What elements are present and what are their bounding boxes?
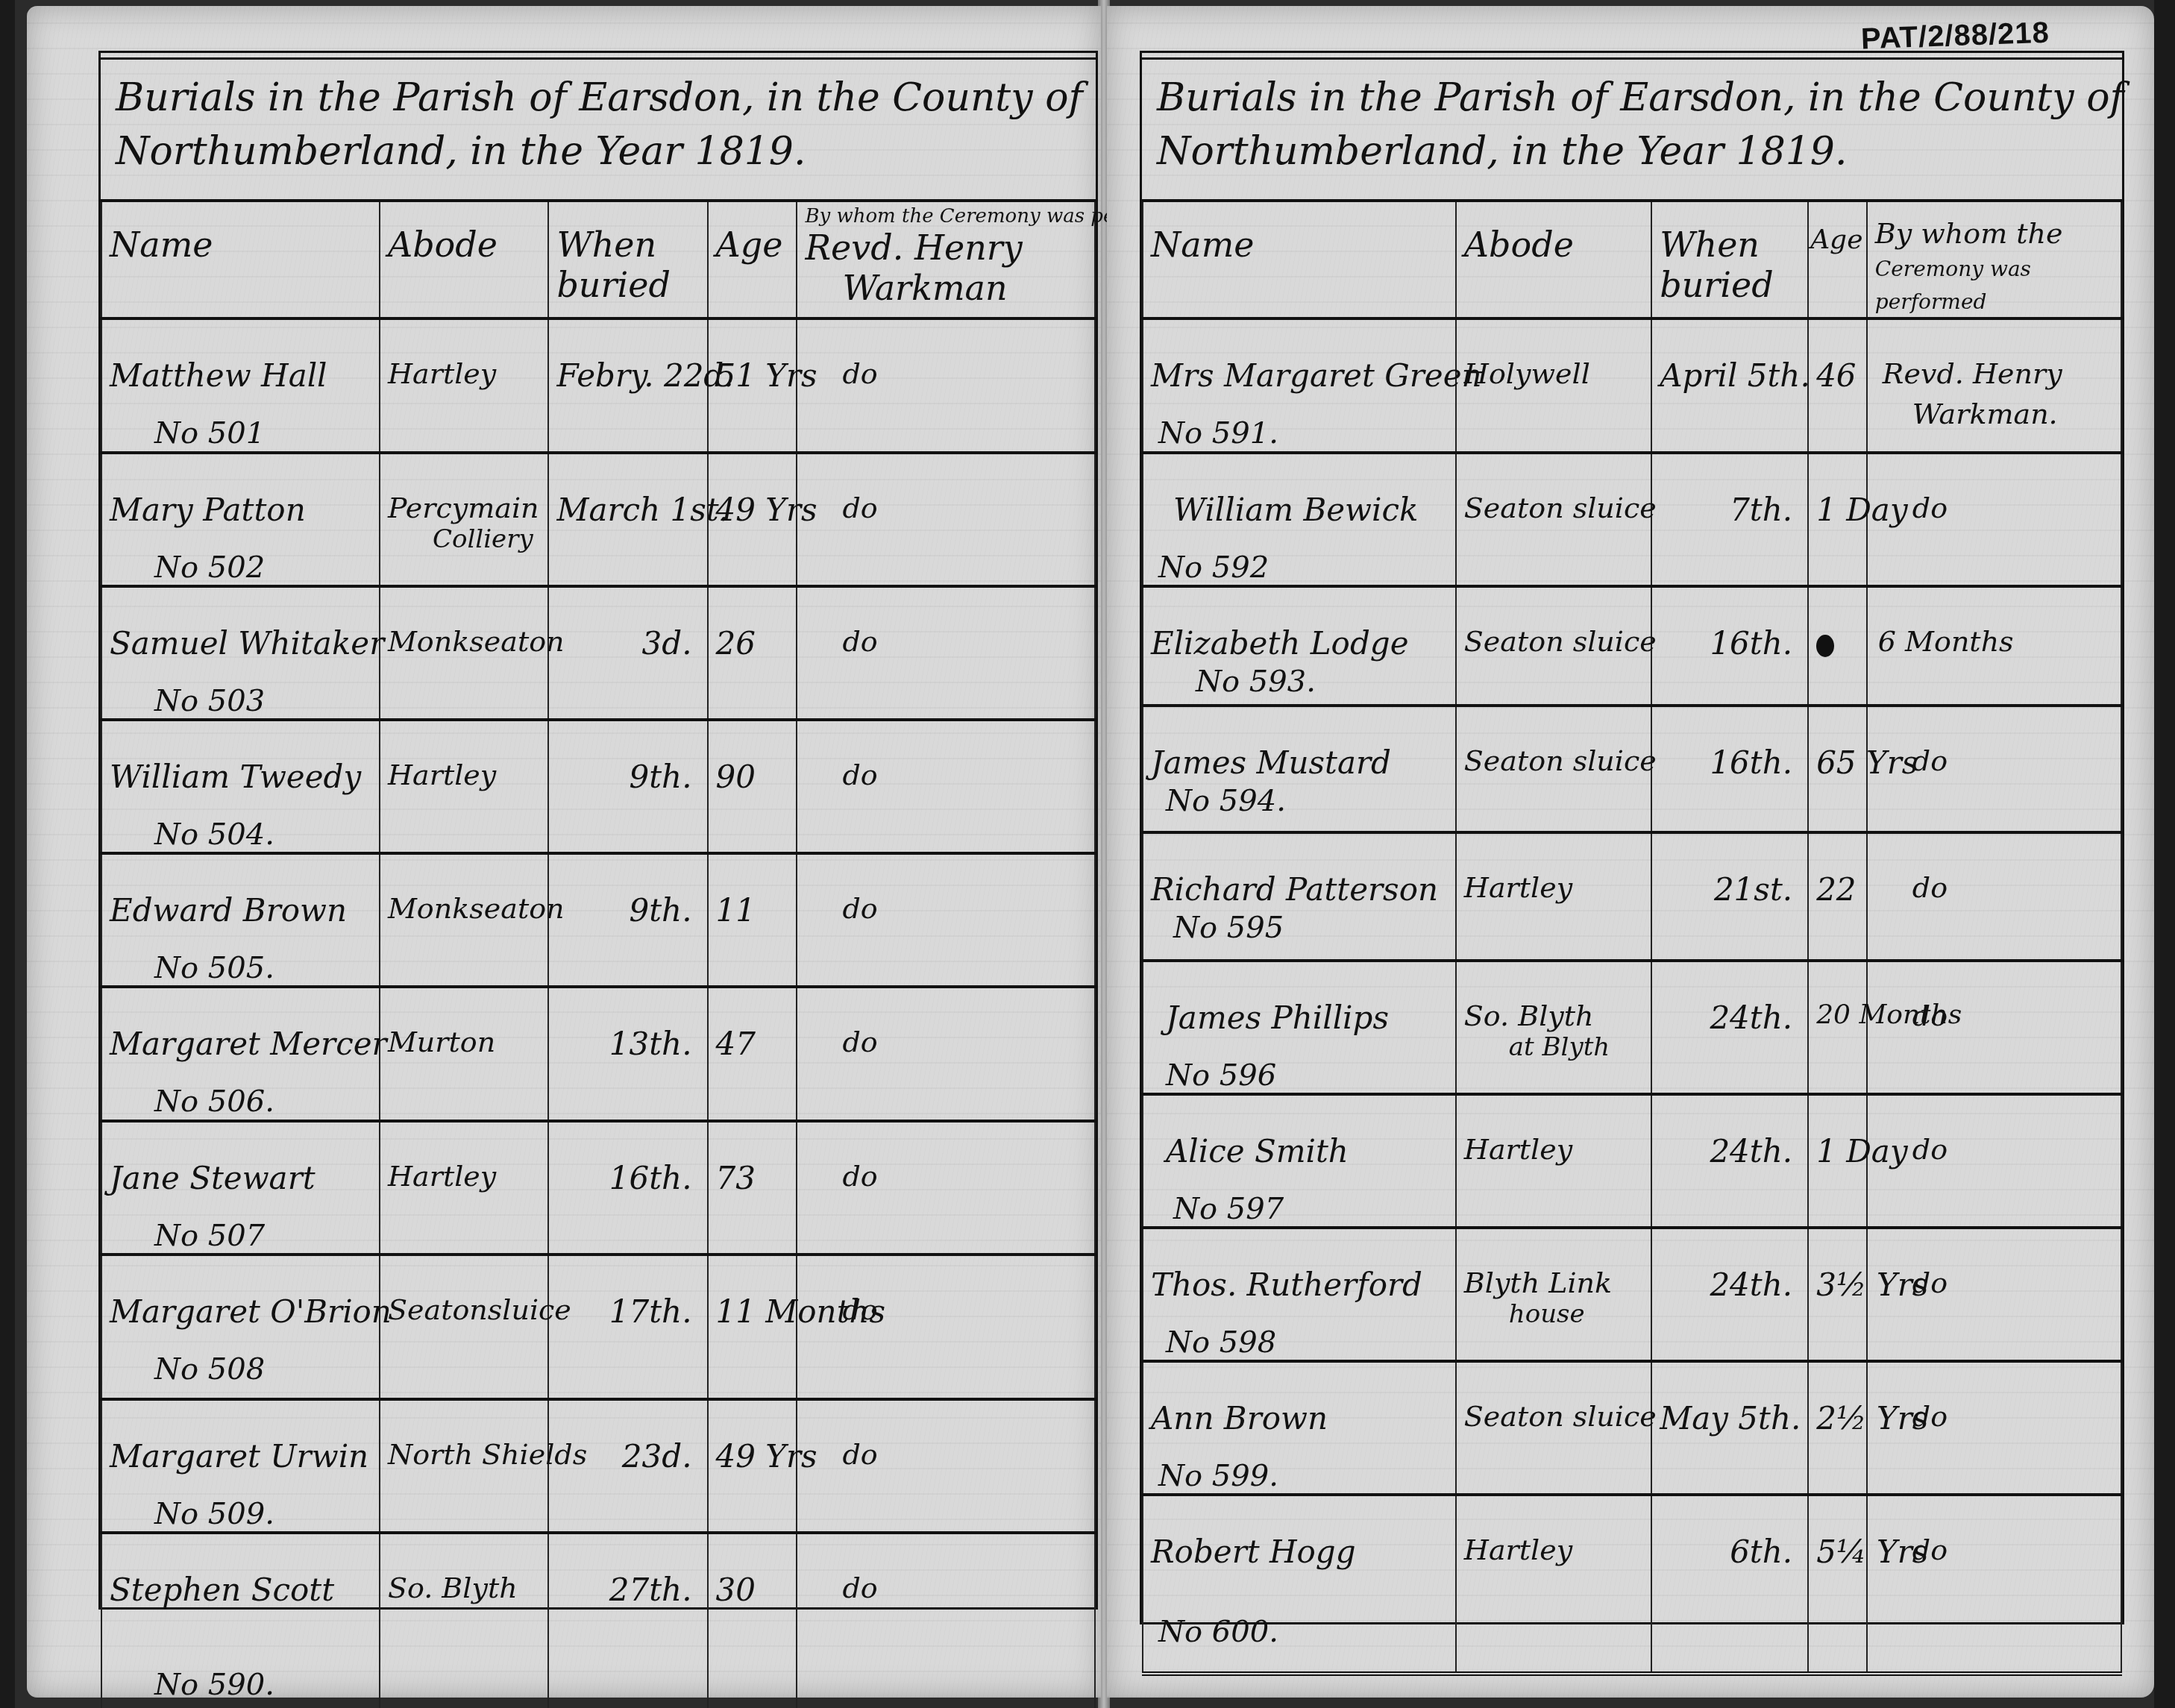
title-line-1: Burials in the Parish of Earsdon, in the… [116, 71, 1081, 125]
entry-age: 30 [716, 1534, 789, 1608]
entry-age: 20 Months [1816, 962, 1859, 1030]
entry-abode: So. Blyth [388, 1534, 540, 1604]
burial-register-book: Burials in the Parish of Earsdon, in the… [15, 0, 2154, 1708]
table-row: Thos. RutherfordNo 598 Blyth Linkhouse 2… [1143, 1228, 2121, 1361]
entry-age [1816, 588, 1859, 662]
entry-number: No 594. [1151, 781, 1448, 818]
entry-date: 7th. [1660, 454, 1800, 528]
col-header-when-buried: Whenburied [1651, 201, 1808, 318]
entry-date: 21st. [1660, 834, 1800, 908]
entry-abode: Blyth Link [1464, 1229, 1643, 1299]
title-line-1: Burials in the Parish of Earsdon, in the… [1157, 71, 2107, 125]
entry-name: William Bewick [1151, 454, 1448, 528]
right-register-frame: Burials in the Parish of Earsdon, in the… [1140, 51, 2124, 1624]
entry-abode: Murton [388, 988, 540, 1058]
header-row: Name Abode Whenburied Age By whom the Ce… [1143, 201, 2121, 318]
entry-number: No 595 [1151, 908, 1448, 945]
col-header-age: Age [1808, 201, 1867, 318]
entry-officiant: do [805, 1123, 1087, 1193]
entry-name: Richard Patterson [1151, 834, 1448, 908]
entry-number: No 502 [110, 528, 371, 585]
entry-age: 3½ Yrs [1816, 1229, 1859, 1303]
col-header-when-buried: Whenburied [548, 201, 707, 318]
table-row: Margaret MercerNo 506. Murton 13th. 47 d… [101, 987, 1095, 1121]
entry-date: 24th. [1660, 1096, 1800, 1169]
title-line-2: Northumberland, in the Year 1819. [1157, 125, 2107, 178]
entry-age: 49 Yrs [716, 1401, 789, 1475]
entry-officiant: do [805, 588, 1087, 658]
left-register-frame: Burials in the Parish of Earsdon, in the… [98, 51, 1098, 1610]
entry-name: James Phillips [1151, 962, 1448, 1036]
table-row: Ann BrownNo 599. Seaton sluice May 5th. … [1143, 1361, 2121, 1495]
entry-number: No 599. [1151, 1437, 1448, 1493]
entry-officiant: do [805, 320, 1087, 390]
entry-age: 11 [716, 855, 789, 929]
entry-date: 16th. [1660, 707, 1800, 781]
entry-abode: Monkseaton [388, 588, 540, 658]
entry-name: Elizabeth Lodge [1151, 588, 1448, 662]
entry-date: 16th. [556, 1123, 699, 1196]
entry-name: Jane Stewart [110, 1123, 371, 1196]
entry-name: Margaret O'Brion [110, 1256, 371, 1330]
entry-date: Febry. 22d. [556, 320, 699, 394]
entry-officiant: do [1875, 1096, 2113, 1166]
col-header-age: Age [708, 201, 797, 318]
entry-abode: Percymain [388, 454, 540, 524]
entry-date: 9th. [556, 721, 699, 795]
entry-age: 47 [716, 988, 789, 1062]
entry-abode: Seaton sluice [1464, 1363, 1643, 1433]
entry-officiant: do [1875, 1363, 2113, 1433]
entry-officiant: Revd. Henry [1875, 320, 2113, 390]
entry-number: No 508 [110, 1330, 371, 1387]
table-row: James MustardNo 594. Seaton sluice 16th.… [1143, 706, 2121, 832]
entry-number: No 506. [110, 1062, 371, 1119]
entry-number: No 503 [110, 662, 371, 718]
entry-age: 22 [1816, 834, 1859, 908]
entry-officiant: do [805, 855, 1087, 925]
entry-name: Mary Patton [110, 454, 371, 528]
entry-age: 49 Yrs [716, 454, 789, 528]
title-line-2: Northumberland, in the Year 1819. [116, 125, 1081, 178]
entry-officiant: do [1875, 1229, 2113, 1299]
entry-age: 46 [1816, 320, 1859, 394]
table-row: Jane StewartNo 507 Hartley 16th. 73 do [101, 1121, 1095, 1255]
entry-date: 3d. [556, 588, 699, 662]
table-row: Edward BrownNo 505. Monkseaton 9th. 11 d… [101, 853, 1095, 987]
table-row: Stephen ScottNo 590. So. Blyth 27th. 30 … [101, 1533, 1095, 1708]
entry-name: James Mustard [1151, 707, 1448, 781]
entry-officiant: do [805, 988, 1087, 1058]
entry-number: No 597 [1151, 1169, 1448, 1226]
entry-name: Ann Brown [1151, 1363, 1448, 1437]
entry-date: 23d. [556, 1401, 699, 1475]
entry-name: Stephen Scott [110, 1534, 371, 1608]
col-header-abode: Abode [380, 201, 548, 318]
entry-officiant: do [805, 1401, 1087, 1471]
entry-officiant: do [1875, 454, 2113, 524]
entry-abode: Seaton sluice [1464, 707, 1643, 777]
entry-officiant: do [1875, 834, 2113, 904]
entry-officiant: do [1875, 962, 2113, 1032]
entry-name: Thos. Rutherford [1151, 1229, 1448, 1303]
entry-age: 73 [716, 1123, 789, 1196]
entry-officiant: do [805, 721, 1087, 791]
entry-name: Margaret Urwin [110, 1401, 371, 1475]
col-header-name: Name [1143, 201, 1456, 318]
entry-date: May 5th. [1660, 1363, 1800, 1437]
entry-name: Margaret Mercer [110, 988, 371, 1062]
entry-officiant: do [805, 1256, 1087, 1326]
left-burial-table: Name Abode Whenburied Age By whom the Ce… [101, 199, 1096, 1708]
entry-abode-line2: house [1464, 1299, 1643, 1329]
table-row: Elizabeth LodgeNo 593. Seaton sluice 16t… [1143, 586, 2121, 706]
entry-abode: Seatonsluice [388, 1256, 540, 1326]
table-row: Samuel WhitakerNo 503 Monkseaton 3d. 26 … [101, 586, 1095, 720]
entry-number: No 596 [1151, 1036, 1448, 1093]
entry-name: Samuel Whitaker [110, 588, 371, 662]
entry-number: No 598 [1151, 1303, 1448, 1360]
entry-abode: Holywell [1464, 320, 1643, 390]
entry-abode: Hartley [1464, 1096, 1643, 1166]
entry-number: No 505. [110, 929, 371, 985]
table-row: William BewickNo 592 Seaton sluice 7th. … [1143, 453, 2121, 586]
right-page: PAT/2/88/218 Burials in the Parish of Ea… [1107, 6, 2154, 1698]
entry-date: 6th. [1660, 1496, 1800, 1570]
entry-number: No 600. [1151, 1570, 1448, 1649]
entry-officiant: do [1875, 1496, 2113, 1566]
entry-number: No 509. [110, 1475, 371, 1531]
entry-number: No 591. [1151, 394, 1448, 450]
col-header-name: Name [101, 201, 380, 318]
entry-age: 65 Yrs [1816, 707, 1859, 781]
table-row: Mrs Margaret GreenNo 591. Holywell April… [1143, 318, 2121, 453]
table-row: Margaret O'BrionNo 508 Seatonsluice 17th… [101, 1255, 1095, 1399]
entry-abode: So. Blyth [1464, 962, 1643, 1032]
entry-age: 11 Months [716, 1256, 789, 1330]
entry-date: 24th. [1660, 1229, 1800, 1303]
entry-number: No 501 [110, 394, 371, 450]
entry-officiant: do [1875, 707, 2113, 777]
entry-age: 1 Day [1816, 454, 1859, 528]
entry-officiant-line2: Warkman. [1875, 390, 2113, 430]
entry-date: 9th. [556, 855, 699, 929]
entry-number: No 593. [1151, 662, 1448, 699]
entry-officiant: do [805, 454, 1087, 524]
entry-name: Robert Hogg [1151, 1496, 1448, 1570]
entry-name: Alice Smith [1151, 1096, 1448, 1169]
entry-date: 17th. [556, 1256, 699, 1330]
entry-abode: Hartley [388, 721, 540, 791]
entry-age-text: 6 Months [1875, 588, 2113, 658]
entry-name: Matthew Hall [110, 320, 371, 394]
entry-date: April 5th. [1660, 320, 1800, 394]
entry-date: 27th. [556, 1534, 699, 1608]
entry-name: Edward Brown [110, 855, 371, 929]
entry-date: March 1st. [556, 454, 699, 528]
right-burial-table: Name Abode Whenburied Age By whom the Ce… [1142, 199, 2122, 1676]
col-header-by-whom: By whom the Ceremony was performed [1867, 201, 2121, 318]
entry-abode: Hartley [388, 1123, 540, 1193]
entry-date: 24th. [1660, 962, 1800, 1036]
entry-abode: Hartley [1464, 1496, 1643, 1566]
entry-number: No 504. [110, 795, 371, 852]
table-row: Matthew HallNo 501 Hartley Febry. 22d. 5… [101, 318, 1095, 453]
table-row: Margaret UrwinNo 509. North Shields 23d.… [101, 1399, 1095, 1533]
entry-abode: Monkseaton [388, 855, 540, 925]
table-row: James PhillipsNo 596 So. Blythat Blyth 2… [1143, 961, 2121, 1094]
table-row: Alice SmithNo 597 Hartley 24th. 1 Day do [1143, 1094, 2121, 1228]
table-row: Robert HoggNo 600. Hartley 6th. 5¼ Yrs d… [1143, 1495, 2121, 1674]
entry-age: 2½ Yrs [1816, 1363, 1859, 1437]
entry-number: No 590. [110, 1608, 371, 1702]
entry-name: Mrs Margaret Green [1151, 320, 1448, 394]
ink-blot [1816, 635, 1834, 657]
entry-age: 90 [716, 721, 789, 795]
col-header-by-whom: By whom the Ceremony was performed Revd.… [797, 201, 1095, 318]
entry-age: 26 [716, 588, 789, 662]
table-row: Richard PattersonNo 595 Hartley 21st. 22… [1143, 832, 2121, 961]
entry-abode: Hartley [388, 320, 540, 390]
entry-date: 13th. [556, 988, 699, 1062]
entry-abode-line2: at Blyth [1464, 1032, 1643, 1062]
col-header-abode: Abode [1456, 201, 1651, 318]
entry-age: 5¼ Yrs [1816, 1496, 1859, 1570]
entry-abode-line2: Colliery [388, 524, 540, 554]
entry-name: William Tweedy [110, 721, 371, 795]
entry-abode: Seaton sluice [1464, 588, 1643, 658]
right-page-title: Burials in the Parish of Earsdon, in the… [1157, 71, 2107, 183]
left-page: Burials in the Parish of Earsdon, in the… [27, 6, 1101, 1698]
entry-abode: Seaton sluice [1464, 454, 1643, 524]
entry-abode: Hartley [1464, 834, 1643, 904]
entry-age: 51 Yrs [716, 320, 789, 394]
entry-date: 16th. [1660, 588, 1800, 662]
entry-officiant: do [805, 1534, 1087, 1604]
left-page-title: Burials in the Parish of Earsdon, in the… [116, 71, 1081, 183]
entry-age: 1 Day [1816, 1096, 1859, 1169]
header-row: Name Abode Whenburied Age By whom the Ce… [101, 201, 1095, 318]
table-row: Mary PattonNo 502 PercymainColliery Marc… [101, 453, 1095, 586]
entry-number: No 507 [110, 1196, 371, 1253]
table-row: William TweedyNo 504. Hartley 9th. 90 do [101, 720, 1095, 853]
entry-number: No 592 [1151, 528, 1448, 585]
entry-abode: North Shields [388, 1401, 540, 1471]
